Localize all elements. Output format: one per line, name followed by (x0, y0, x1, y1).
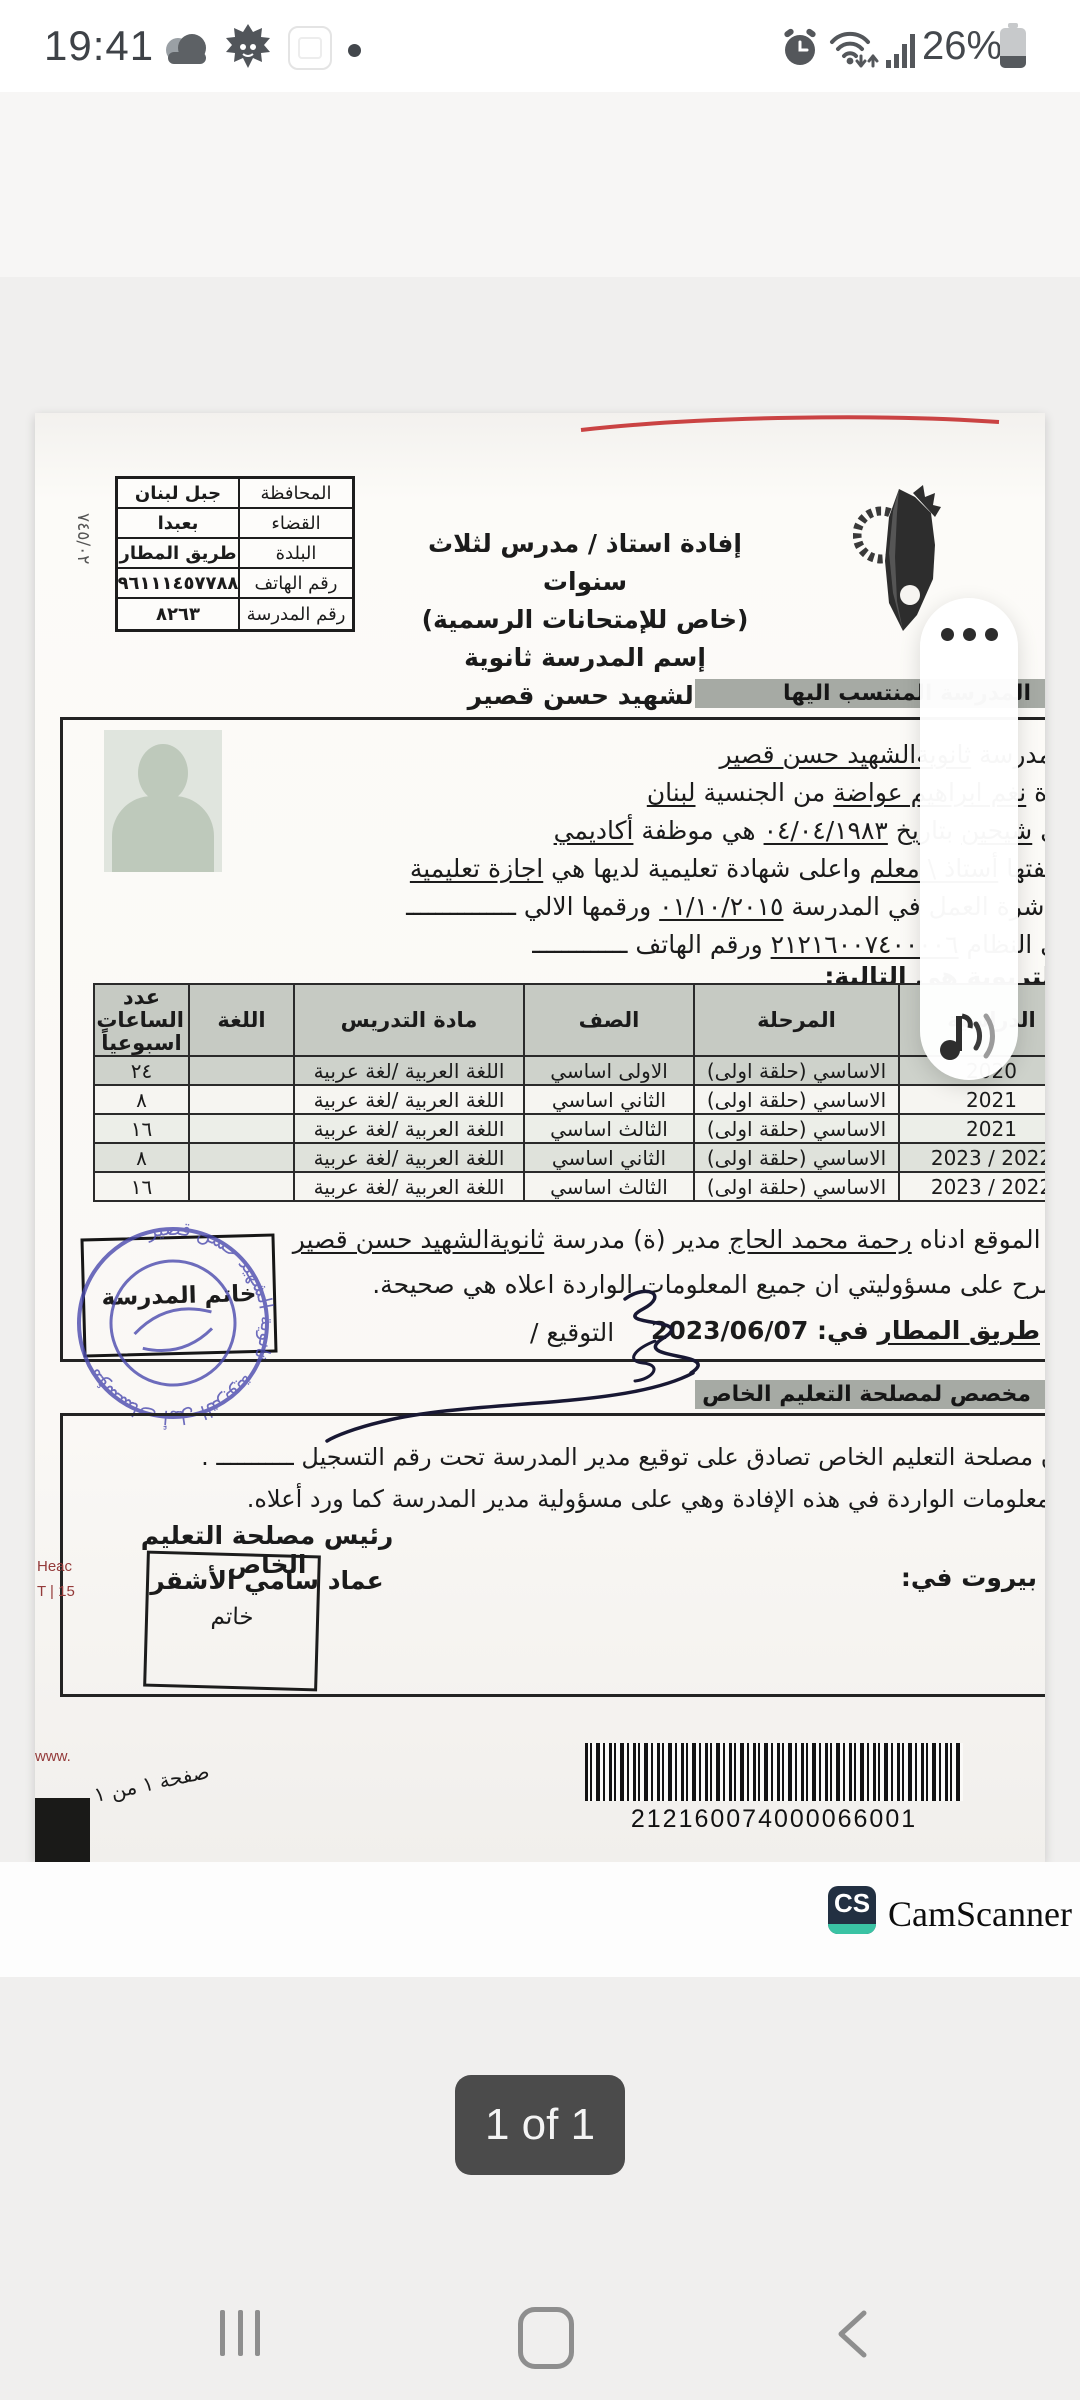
schedule-row: 2022 / 2023الاساسي (حلقة اولى)الثاني اسا… (94, 1143, 1045, 1172)
barcode-number-text: 212160074000066001 (585, 1805, 963, 1834)
schedule-cell: 2021 (899, 1085, 1045, 1114)
seal-box-label: خاتم (148, 1602, 317, 1633)
schedule-cell: ٨ (94, 1085, 189, 1114)
scanned-document-page[interactable]: ٧٤٥/٠٢ جبل لبنانالمحافظةبعبداالقضاءطريق … (35, 413, 1045, 1862)
page-indicator-text: 1 of 1 (485, 2100, 595, 2150)
schedule-cell (189, 1085, 294, 1114)
info-label: رقم المدرسة (240, 599, 352, 629)
schedule-header-cell: عدد الساعات اسبوعياً (94, 984, 189, 1056)
official-seal-box: خاتم (143, 1551, 321, 1692)
battery-icon (1000, 28, 1026, 68)
page-number-note: صفحة ١ من ١ (92, 1759, 212, 1807)
status-bar: 19:41 (0, 0, 1080, 92)
schedule-cell: اللغة العربية /لغة عربية (294, 1114, 524, 1143)
viewer-top-area (0, 92, 1080, 277)
schedule-header-cell: مادة التدريس (294, 984, 524, 1056)
schedule-cell: اللغة العربية /لغة عربية (294, 1085, 524, 1114)
info-label: القضاء (240, 509, 352, 537)
info-value: طريق المطار (118, 539, 240, 567)
info-label: المحافظة (240, 479, 352, 507)
schedule-cell: الثاني اساسي (524, 1143, 694, 1172)
recents-bar (220, 2310, 225, 2356)
schedule-cell: الاساسي (حلقة اولى) (694, 1172, 899, 1201)
nav-back-button[interactable] (832, 2308, 872, 2360)
info-table-row: ٨٢٦٣رقم المدرسة (118, 599, 352, 629)
schedule-cell: الاساسي (حلقة اولى) (694, 1056, 899, 1085)
schedule-row: 2021الاساسي (حلقة اولى)الثالث اساسياللغة… (94, 1114, 1045, 1143)
page-indicator-chip: 1 of 1 (455, 2075, 625, 2175)
schedule-cell (189, 1114, 294, 1143)
camscanner-wordmark: CamScanner (888, 1893, 1072, 1935)
schedule-cell: ١٦ (94, 1114, 189, 1143)
photo-shoulders-silhouette (112, 796, 214, 872)
scan-shadow-corner (35, 1798, 90, 1862)
wifi-icon (828, 28, 880, 72)
nav-home-button[interactable] (518, 2307, 574, 2369)
text-line: انا الموقع ادناه رحمة محمد الحاج مدير (ة… (350, 1225, 1045, 1270)
schedule-cell: الثالث اساسي (524, 1172, 694, 1201)
floating-toolbar (920, 598, 1018, 1080)
schedule-cell: ٢٤ (94, 1056, 189, 1085)
schedule-cell: الاساسي (حلقة اولى) (694, 1114, 899, 1143)
principal-signature (325, 1281, 745, 1451)
schedule-cell: الثاني اساسي (524, 1085, 694, 1114)
schedule-cell: الاساسي (حلقة اولى) (694, 1143, 899, 1172)
clock-text: 19:41 (44, 22, 154, 70)
schedule-cell: 2021 (899, 1114, 1045, 1143)
margin-note: Heac (37, 1558, 72, 1575)
schedule-cell: ٨ (94, 1143, 189, 1172)
alarm-icon (780, 28, 820, 68)
recents-bar (255, 2310, 260, 2356)
schedule-header-cell: المرحلة (694, 984, 899, 1056)
private-education-text: أن مصلحة التعليم الخاص تصادق على توقيع م… (145, 1443, 1045, 1527)
title-line: (خاص للإمتحانات الرسمية) (420, 601, 750, 639)
schedule-row: 2020الاساسي (حلقة اولى)الاولى اساسياللغة… (94, 1056, 1045, 1085)
phone-screen: 19:41 (0, 0, 1080, 2400)
schedule-header-cell: الصف (524, 984, 694, 1056)
margin-note: www. (35, 1748, 71, 1765)
dimmed-notification-icon (288, 26, 332, 70)
margin-reference-number: ٧٤٥/٠٢ (73, 513, 93, 564)
info-table-row: ٩٦١١١٤٥٧٧٨٨رقم الهاتف (118, 569, 352, 599)
info-table-row: بعبداالقضاء (118, 509, 352, 539)
schedule-cell: اللغة العربية /لغة عربية (294, 1056, 524, 1085)
title-line: إفادة استاذ / مدرس لثلاث سنوات (420, 525, 750, 601)
schedule-cell (189, 1056, 294, 1085)
schedule-cell: الثالث اساسي (524, 1114, 694, 1143)
read-aloud-button[interactable] (936, 1006, 1002, 1064)
camscanner-initials: CS (828, 1888, 876, 1919)
schedule-cell: 2022 / 2023 (899, 1172, 1045, 1201)
schedule-cell: الاساسي (حلقة اولى) (694, 1085, 899, 1114)
schedule-header-row: الدراسيةالمرحلةالصفمادة التدريساللغةعدد … (94, 984, 1045, 1056)
dot-icon (985, 628, 998, 641)
barcode (585, 1743, 963, 1801)
info-label: البلدة (240, 539, 352, 567)
teaching-schedule-table: الدراسيةالمرحلةالصفمادة التدريساللغةعدد … (93, 983, 1045, 1202)
notification-dot-icon (348, 44, 361, 57)
recents-bar (238, 2310, 243, 2356)
schedule-header-cell: اللغة (189, 984, 294, 1056)
schedule-cell: اللغة العربية /لغة عربية (294, 1172, 524, 1201)
schedule-cell: 2022 / 2023 (899, 1143, 1045, 1172)
teacher-photo-placeholder (104, 730, 222, 872)
battery-percent-text: 26% (922, 24, 1002, 69)
info-value: جبل لبنان (118, 479, 240, 507)
section-band-private-education: مخصص لمصلحة التعليم الخاص (695, 1380, 1045, 1409)
info-table-row: جبل لبنانالمحافظة (118, 479, 352, 509)
info-value: بعبدا (118, 509, 240, 537)
schedule-row: 2021الاساسي (حلقة اولى)الثاني اساسياللغة… (94, 1085, 1045, 1114)
schedule-cell: اللغة العربية /لغة عربية (294, 1143, 524, 1172)
info-value: ٨٢٦٣ (118, 599, 240, 629)
schedule-cell: الاولى اساسي (524, 1056, 694, 1085)
cloud-notification-icon (160, 30, 212, 68)
info-table-row: طريق المطارالبلدة (118, 539, 352, 569)
camscanner-logo-icon: CS (828, 1886, 876, 1934)
place-text: طريق المطار (877, 1316, 1040, 1345)
info-value: ٩٦١١١٤٥٧٧٨٨ (118, 569, 240, 597)
nav-recents-button[interactable] (220, 2310, 260, 2356)
signal-strength-icon (886, 30, 920, 70)
more-options-button[interactable] (920, 628, 1018, 641)
schedule-cell (189, 1143, 294, 1172)
info-label: رقم الهاتف (240, 569, 352, 597)
dot-icon (963, 628, 976, 641)
school-info-table: جبل لبنانالمحافظةبعبداالقضاءطريق المطارا… (115, 476, 355, 632)
red-pen-mark (575, 413, 1005, 433)
game-notification-icon (224, 22, 272, 70)
beirut-date-label: بيروت في: (901, 1563, 1037, 1592)
dot-icon (941, 628, 954, 641)
photo-head-silhouette (138, 744, 188, 802)
margin-note: T | 15 (37, 1583, 75, 1600)
